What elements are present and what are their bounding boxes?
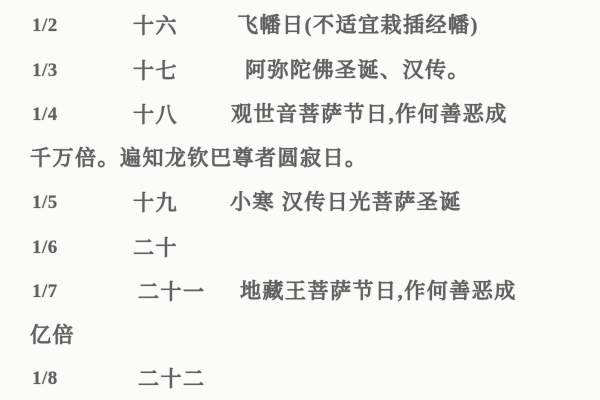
- event-description: 阿弥陀佛圣诞、汉传。: [245, 57, 470, 83]
- lunar-date: 二十二: [138, 366, 206, 392]
- event-description-wrap: 亿倍: [30, 322, 75, 348]
- event-description: 飞幡日(不适宜栽插经幡): [237, 12, 479, 38]
- gregorian-date: 1/8: [32, 366, 58, 392]
- lunar-date: 二十: [133, 235, 178, 261]
- gregorian-date: 1/6: [32, 235, 58, 261]
- event-description: 观世音菩萨节日,作何善恶成: [231, 101, 508, 127]
- event-description: 小寒 汉传日光菩萨圣诞: [230, 189, 462, 215]
- gregorian-date: 1/7: [32, 279, 58, 305]
- gregorian-date: 1/4: [32, 102, 58, 128]
- gregorian-date: 1/5: [32, 190, 58, 216]
- calendar-page: 1/2 十六 飞幡日(不适宜栽插经幡) 1/3 十七 阿弥陀佛圣诞、汉传。 1/…: [0, 0, 600, 400]
- gregorian-date: 1/3: [32, 58, 58, 84]
- lunar-date: 十七: [133, 58, 178, 84]
- lunar-date: 十八: [133, 102, 178, 128]
- lunar-date: 十六: [133, 13, 178, 39]
- event-description-wrap: 千万倍。遍知龙钦巴尊者圆寂日。: [30, 145, 368, 171]
- event-description: 地藏王菩萨节日,作何善恶成: [240, 278, 517, 304]
- gregorian-date: 1/2: [32, 13, 58, 39]
- lunar-date: 二十一: [138, 279, 206, 305]
- lunar-date: 十九: [133, 190, 178, 216]
